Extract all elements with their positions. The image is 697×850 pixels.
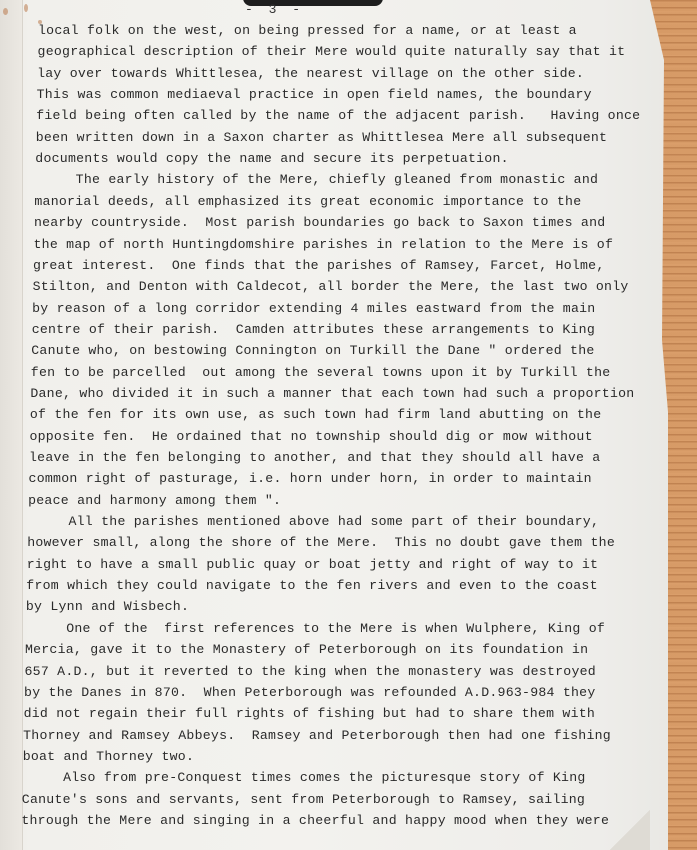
text-line: geographical description of their Mere w… bbox=[38, 41, 626, 62]
text-line: did not regain their full rights of fish… bbox=[24, 703, 595, 724]
text-line: leave in the fen belonging to another, a… bbox=[29, 447, 600, 468]
text-line: common right of pasturage, i.e. horn und… bbox=[29, 468, 592, 489]
text-line: One of the first references to the Mere … bbox=[25, 618, 605, 639]
text-line: from which they could navigate to the fe… bbox=[26, 575, 597, 596]
text-line: fen to be parcelled out among the severa… bbox=[31, 362, 611, 383]
text-line: great interest. One finds that the paris… bbox=[33, 255, 604, 276]
text-line: lay over towards Whittlesea, the nearest… bbox=[37, 63, 584, 84]
text-line: however small, along the shore of the Me… bbox=[27, 532, 615, 553]
text-line: Mercia, gave it to the Monastery of Pete… bbox=[25, 639, 588, 660]
rust-stain bbox=[3, 8, 8, 15]
text-line: centre of their parish. Camden attribute… bbox=[32, 319, 595, 340]
text-line: by reason of a long corridor extending 4… bbox=[32, 298, 595, 319]
text-line: of the fen for its own use, as such town… bbox=[30, 404, 601, 425]
text-line: The early history of the Mere, chiefly g… bbox=[35, 169, 598, 190]
text-line: manorial deeds, all emphasized its great… bbox=[34, 191, 581, 212]
text-line: Thorney and Ramsey Abbeys. Ramsey and Pe… bbox=[23, 725, 611, 746]
text-line: All the parishes mentioned above had som… bbox=[28, 511, 599, 532]
text-line: through the Mere and singing in a cheerf… bbox=[21, 810, 609, 831]
text-line: documents would copy the name and secure… bbox=[35, 148, 509, 169]
text-line: This was common mediaeval practice in op… bbox=[37, 84, 592, 105]
text-line: 657 A.D., but it reverted to the king wh… bbox=[25, 661, 596, 682]
text-line: peace and harmony among them ". bbox=[28, 490, 281, 511]
text-line: by Lynn and Wisbech. bbox=[26, 596, 189, 617]
rust-stain bbox=[24, 4, 28, 12]
text-line: field being often called by the name of … bbox=[36, 105, 640, 126]
text-line: the map of north Huntingdomshire parishe… bbox=[34, 234, 614, 255]
text-line: nearby countryside. Most parish boundari… bbox=[34, 212, 605, 233]
page-corner-curl bbox=[610, 810, 650, 850]
text-line: right to have a small public quay or boa… bbox=[27, 554, 598, 575]
text-line: Dane, who divided it in such a manner th… bbox=[30, 383, 634, 404]
page-number: - 3 - bbox=[245, 2, 304, 17]
text-line: boat and Thorney two. bbox=[23, 746, 194, 767]
text-line: Also from pre-Conquest times comes the p… bbox=[22, 767, 585, 788]
text-line: opposite fen. He ordained that no townsh… bbox=[29, 426, 592, 447]
text-line: Stilton, and Denton with Caldecot, all b… bbox=[33, 276, 629, 297]
text-line: been written down in a Saxon charter as … bbox=[36, 127, 607, 148]
page-binding-edge bbox=[0, 0, 23, 850]
text-line: Canute who, on bestowing Connington on T… bbox=[31, 340, 594, 361]
text-line: local folk on the west, on being pressed… bbox=[38, 20, 577, 41]
text-line: Canute's sons and servants, sent from Pe… bbox=[22, 789, 585, 810]
text-line: by the Danes in 870. When Peterborough w… bbox=[24, 682, 595, 703]
